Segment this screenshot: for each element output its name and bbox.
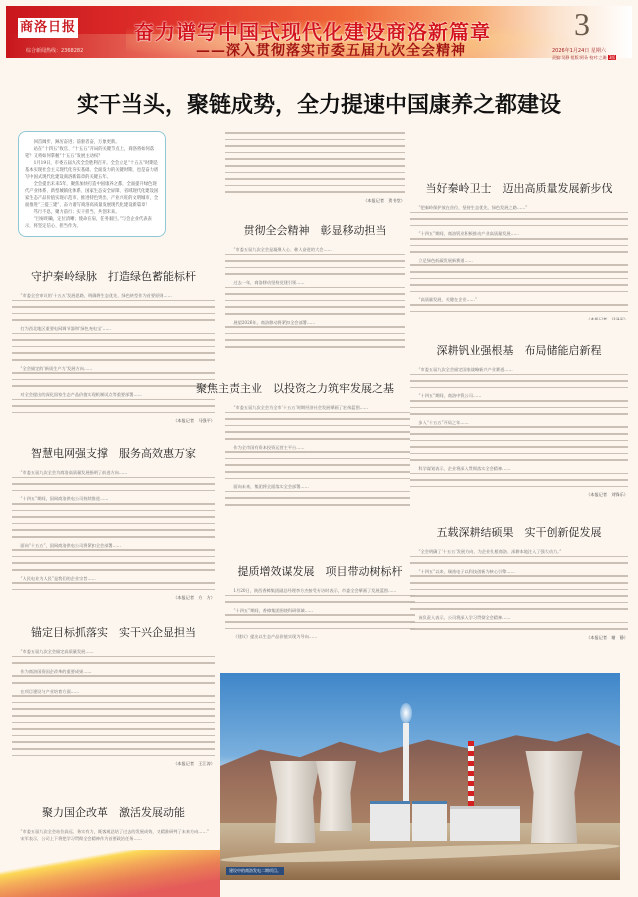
- article-vanadium: 深耕钒业强根基 布局储能启新程 “市委五届九次全会锚定国家战略新兴产业赛道…… …: [410, 342, 628, 517]
- steam-plume: [400, 703, 412, 723]
- page-tag: 3版: [608, 55, 617, 60]
- article-byline: （本报记者 马泽平）: [410, 317, 628, 320]
- article-title: 锚定目标抓落实 实干兴企显担当: [12, 624, 215, 640]
- article-paragraph: 1月20日，陕西香樟集团副总经理李方杰接受专访时表示，市委全会擘画了发展蓝图……: [225, 588, 415, 595]
- article-title: 智慧电网强支撑 服务高效惠万家: [12, 445, 215, 461]
- article-paragraph: “十四五”期间，商洛中钒公司……: [410, 393, 628, 400]
- article-text-lines: [410, 374, 628, 389]
- editor-credits: 责编:吴静 组版:阿朵 校对:之珊 3版: [552, 55, 616, 61]
- article-body: “全会明确了‘十五五’发展方向，为企业扎根商洛、深耕本地注入了强大动力。” “十…: [410, 549, 628, 630]
- article-paragraph: “市委五届九次全会为商洛高质量发展指明了前进方向……: [12, 470, 215, 477]
- article-paragraph: “市委五届九次全会为全市‘十五五’时期经济社会发展擘画了宏伟蓝图……: [225, 405, 410, 412]
- intro-box: 回首阔步，踔厉奋进；前驱者奋，万象更新。 站在“十四五”收官、“十五五”开局的关…: [18, 131, 166, 237]
- article-paragraph: “人民电业为人民”是我们的企业宗旨……: [12, 576, 215, 583]
- photo-caption: 建设中的商洛发电二期项目。: [226, 867, 284, 875]
- article-text-lines: [225, 614, 415, 629]
- article-paragraph: 作为商洛国资国企改革的重要成果……: [12, 669, 215, 676]
- article-title: 深耕钒业强根基 布局储能启新程: [410, 342, 628, 358]
- article-paragraph: 过去一年，商洛移动坚持党建引领……: [225, 280, 405, 287]
- article-text-lines: [410, 473, 628, 488]
- article-paragraph: “十四五”期间，商洛钒业积极推动产业高质量发展……: [410, 231, 628, 238]
- article-mobile: 贯彻全会精神 彰显移动担当 “市委五届九次全会是凝聚人心、催人奋进的大会…… 过…: [225, 222, 405, 372]
- article-title: 当好秦岭卫士 迈出高质量发展新步伐: [410, 180, 628, 196]
- article-paragraph: “全会锚定的‘新质生产力’发展方向……: [12, 366, 215, 373]
- article-paragraph: 面向未来，集团将全面落实全会部署……: [225, 484, 410, 491]
- article-title: 贯彻全会精神 彰显移动担当: [225, 222, 405, 238]
- article-title: 聚力国企改革 激活发展动能: [12, 804, 215, 820]
- article-byline: （本报记者 谢 静）: [410, 635, 628, 641]
- article-text-lines: [225, 595, 415, 603]
- article-paragraph: 步入“十五五”开局之年……: [410, 420, 628, 427]
- article-body: 1月20日，陕西香樟集团副总经理李方杰接受专访时表示，市委全会擘画了发展蓝图………: [225, 588, 415, 641]
- plant-building: [450, 806, 520, 841]
- article-text-lines: [12, 503, 215, 538]
- article-title: 提质增效谋发展 项目带动树标杆: [225, 563, 415, 579]
- bottom-decoration: [0, 850, 220, 897]
- article-paragraph: “十四五”期间，国网商洛供电公司持续推进……: [12, 496, 215, 503]
- article-body: “市委五届九次全会是凝聚人心、催人奋进的大会…… 过去一年，商洛移动坚持党建引领…: [225, 247, 405, 348]
- page-number: 3: [574, 6, 590, 43]
- article-text-lines: [410, 556, 628, 564]
- editor-names: 责编:吴静 组版:阿朵 校对:之珊: [552, 55, 607, 60]
- article-text-lines: [12, 675, 215, 683]
- article-paragraph: 作为全市国有资本投资运营主平台……: [225, 445, 410, 452]
- article-text-lines: [225, 287, 405, 315]
- article-byline: （本报记者 方 方）: [12, 595, 215, 601]
- article-text-lines: [12, 549, 215, 570]
- article-text-lines: [225, 254, 405, 275]
- masthead: 商洛日报 综合新闻热线：2368282 奋力谱写中国式现代化建设商洛新篇章 ——…: [6, 6, 632, 58]
- newspaper-logo: 商洛日报: [18, 18, 78, 38]
- article-paragraph: “市委五届九次全会站位高远、务实有力，既客观总结了过去的发展成效，又精准研判了未…: [12, 829, 215, 836]
- intro-paragraph: 站在“十四五”收官、“十五五”开局的关键节点上，商洛将如何落笔？又将如何掌握“十…: [25, 146, 159, 160]
- article-text-lines: [410, 400, 628, 415]
- article-paragraph: “市委五届九次全会锚定高质量发展……: [12, 649, 215, 656]
- article-paragraph: “全会明确了‘十五五’发展方向，为企业扎根商洛、深耕本地注入了强大动力。”: [410, 549, 628, 556]
- article-paragraph: “市委五届九次全会锚定国家战略新兴产业赛道……: [410, 367, 628, 374]
- article-qinling-guard: 当好秦岭卫士 迈出高质量发展新步伐 “把秦岭保护放在首位，坚持生态优先、绿色发展…: [410, 180, 628, 320]
- article-text-lines: [410, 426, 628, 461]
- article-title: 聚焦主责主业 以投资之力筑牢发展之基: [180, 380, 410, 396]
- article-text-lines: [225, 326, 405, 347]
- article-paragraph: 面向“十五五”，国网商洛供电公司将紧扣全会部署……: [12, 543, 215, 550]
- article-text-lines: [410, 212, 628, 227]
- article-paragraph: “十四五”以来，瑞裕电子以科技创新为核心引擎……: [410, 569, 628, 576]
- issue-date: 2026年1月24日 星期六: [552, 47, 606, 54]
- intro-paragraph: 全会提出未来5年，聚焦加快打造中国康养之都，全面提升绿色现代产业体系、新型城镇化…: [25, 181, 159, 209]
- section-subtitle: ——深入贯彻落实市委五届九次全会精神: [196, 40, 466, 58]
- newspaper-page: 商洛日报 综合新闻热线：2368282 奋力谱写中国式现代化建设商洛新篇章 ——…: [0, 0, 638, 897]
- article-five-years: 五载深耕结硕果 实干创新促发展 “全会明确了‘十五五’发展方向，为企业扎根商洛、…: [410, 524, 628, 664]
- article-smart-grid: 智慧电网强支撑 服务高效惠万家 “市委五届九次全会为商洛高质量发展指明了前进方向…: [12, 445, 215, 615]
- article-text-lines: [225, 491, 410, 506]
- article-text-lines: [12, 300, 215, 321]
- article-body: “市委五届九次全会为商洛高质量发展指明了前进方向…… “十四五”期间，国网商洛供…: [12, 470, 215, 590]
- article-paragraph: 打为西北地区重要电网调节器和‘绿色充电宝’……: [12, 326, 215, 333]
- main-headline: 实干当头，聚链成势，全力提速中国康养之都建设: [0, 88, 638, 119]
- article-paragraph: 展望2026年，商洛移动将紧扣全会部署……: [225, 320, 405, 327]
- article-text-lines: [410, 304, 628, 312]
- intro-paragraph: 1月19日，市委五届九次全会胜利召开。全会立足“十五五”时期是基本实现社会主义现…: [25, 160, 159, 181]
- article-byline: （本报记者 贺书堂）: [225, 198, 405, 204]
- article-paragraph: “市委全会审议的‘十五五’发展思路，明确将生态优先、绿色转型作为首要原则……: [12, 293, 215, 300]
- article-text-lines: [225, 132, 405, 193]
- article-title: 守护秦岭绿脉 打造绿色蓄能标杆: [12, 268, 215, 284]
- article-body: “市委五届九次全会锚定国家战略新兴产业赛道…… “十四五”期间，商洛中钒公司………: [410, 367, 628, 487]
- intro-paragraph: 回首阔步，踔厉奋进；前驱者奋，万象更新。: [25, 139, 159, 146]
- article-paragraph: “市委五届九次全会是凝聚人心、催人奋进的大会……: [225, 247, 405, 254]
- article-paragraph: 在项目建设与产业培育方面……: [12, 689, 215, 696]
- article-text-lines: [12, 695, 215, 756]
- article-text-lines: [12, 333, 215, 361]
- plant-building: [412, 801, 447, 841]
- article-text-lines: [410, 238, 628, 253]
- article-paragraph: 立足绿色低碳发展新赛道……: [410, 258, 628, 265]
- article-title: 五载深耕结硕果 实干创新促发展: [410, 524, 628, 540]
- article-paragraph: “十四五”期间，香樟集团围绕科研领域……: [225, 608, 415, 615]
- article-paragraph: “把秦岭保护放在首位，坚持生态优先、绿色发展之路……”: [410, 205, 628, 212]
- article-text-lines: [225, 451, 410, 479]
- article-body: “市委五届九次全会站位高远、务实有力，既客观总结了过去的发展成效，又精准研判了未…: [12, 829, 215, 842]
- article-byline: （本报记者 刘锋乐）: [410, 492, 628, 498]
- article-text-lines: [410, 622, 628, 630]
- article-text-lines: [12, 477, 215, 492]
- article-body: “市委五届九次全会锚定高质量发展…… 作为商洛国资国企改革的重要成果…… 在项目…: [12, 649, 215, 756]
- article-body: “把秦岭保护放在首位，坚持生态优先、绿色发展之路……” “十四五”期间，商洛钒业…: [410, 205, 628, 312]
- article-paragraph: 该负责人表示，公司将深入学习贯彻全会精神……: [410, 615, 628, 622]
- article-text-lines: [410, 264, 628, 292]
- article-paragraph: “高质量发展，关键在企业……”: [410, 297, 628, 304]
- article-byline: （本报记者 王江涛）: [12, 761, 215, 767]
- power-plant-photo: 建设中的商洛发电二期项目。: [220, 673, 620, 880]
- article-paragraph: 宋军表示，公司上下将把学习贯彻全会精神作为首要政治任务……: [12, 836, 215, 843]
- intro-paragraph: 笃行不息，聚力前行；实干担当，共创未来。: [25, 209, 159, 216]
- article-text-lines: [12, 582, 215, 590]
- article-paragraph: 科学谋划表示，企业将深入贯彻落实全会精神……: [410, 466, 628, 473]
- article-continuation-top: （本报记者 贺书堂）: [225, 132, 405, 207]
- article-text-lines: [410, 575, 628, 610]
- article-text-lines: [12, 656, 215, 664]
- article-text-lines: [225, 412, 410, 440]
- news-hotline: 综合新闻热线：2368282: [26, 47, 83, 54]
- plant-building: [370, 801, 410, 841]
- article-paragraph: 《建议》提出以生态产品价值实现为导向……: [225, 634, 415, 641]
- article-quality: 提质增效谋发展 项目带动树标杆 1月20日，陕西香樟集团副总经理李方杰接受专访时…: [225, 563, 415, 668]
- intro-paragraph: “目标明确，定位清晰；使命在肩，任务艰巨。”与会企业代表表示，将坚定信心、担当作…: [25, 216, 159, 230]
- article-targets: 锚定目标抓落实 实干兴企显担当 “市委五届九次全会锚定高质量发展…… 作为商洛国…: [12, 624, 215, 809]
